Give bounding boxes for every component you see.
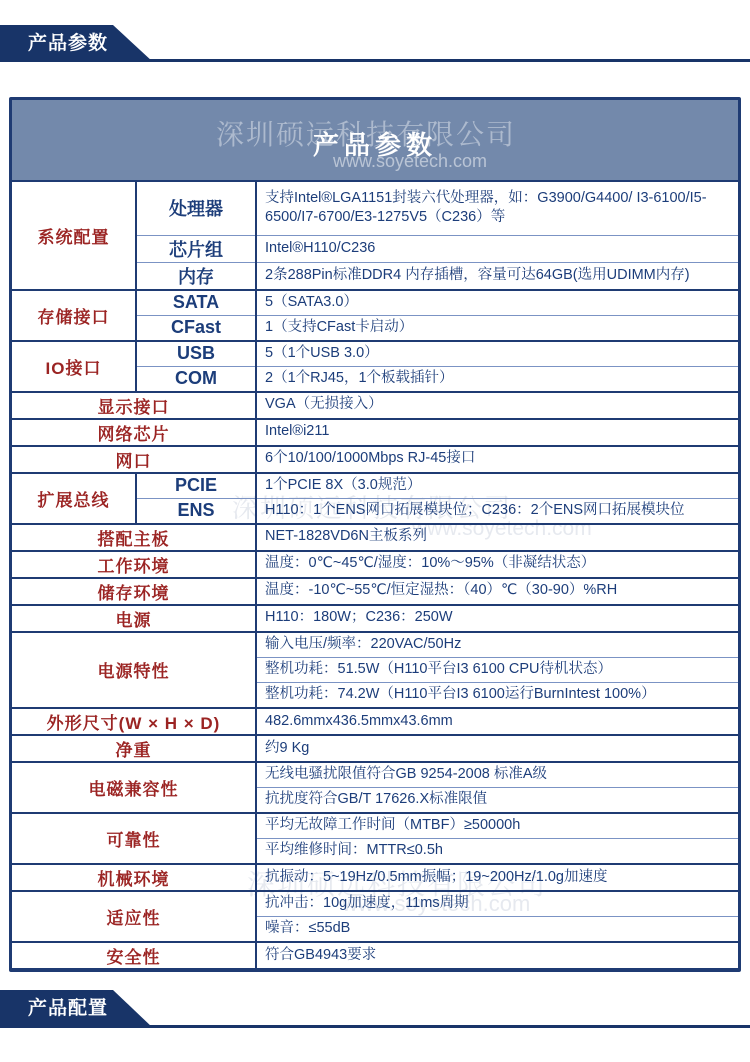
spec-value: 2（1个RJ45，1个板载插针） <box>256 366 738 392</box>
spec-group-label: 电源 <box>12 605 256 632</box>
spec-sub-label: ENS <box>136 498 256 524</box>
spec-value: VGA（无损接入） <box>256 392 738 419</box>
spec-group-label: 安全性 <box>12 942 256 968</box>
spec-value: NET-1828VD6N主板系列 <box>256 524 738 551</box>
spec-sub-label: USB <box>136 341 256 367</box>
spec-group-label: 电磁兼容性 <box>12 762 256 813</box>
spec-value: 抗扰度符合GB/T 17626.X标准限值 <box>256 788 738 814</box>
spec-group-label: 系统配置 <box>12 182 136 290</box>
spec-value: 1（支持CFast卡启动） <box>256 315 738 341</box>
spec-card-header: 深圳硕远科技有限公司 产品参数 www.soyetech.com <box>12 100 738 182</box>
spec-value: 符合GB4943要求 <box>256 942 738 968</box>
spec-sub-label: 内存 <box>136 262 256 290</box>
spec-group-label: 外形尺寸(W × H × D) <box>12 708 256 735</box>
spec-value: 输入电压/频率：220VAC/50Hz <box>256 632 738 658</box>
spec-sub-label: 芯片组 <box>136 235 256 262</box>
spec-value: 支持Intel®LGA1151封装六代处理器，如：G3900/G4400/ I3… <box>256 182 738 235</box>
spec-card: 深圳硕远科技有限公司 产品参数 www.soyetech.com 深圳硕远科技有… <box>9 97 741 972</box>
spec-value: 6个10/100/1000Mbps RJ-45接口 <box>256 446 738 473</box>
spec-value: Intel®H110/C236 <box>256 235 738 262</box>
spec-value: Intel®i211 <box>256 419 738 446</box>
spec-group-label: 可靠性 <box>12 813 256 864</box>
spec-value: 温度：0℃~45℃/湿度：10%～95%（非凝结状态） <box>256 551 738 578</box>
spec-group-label: 净重 <box>12 735 256 762</box>
spec-value: 1个PCIE 8X（3.0规范） <box>256 473 738 499</box>
spec-value: 抗冲击：10g加速度，11ms周期 <box>256 891 738 917</box>
spec-group-label: 显示接口 <box>12 392 256 419</box>
top-tab-label: 产品参数 <box>0 25 153 62</box>
spec-value: 噪音：≤55dB <box>256 917 738 943</box>
spec-value: 无线电骚扰限值符合GB 9254-2008 标准A级 <box>256 762 738 788</box>
spec-table-body: 系统配置处理器支持Intel®LGA1151封装六代处理器，如：G3900/G4… <box>12 182 738 968</box>
spec-value: H110：180W；C236：250W <box>256 605 738 632</box>
spec-value: 5（1个USB 3.0） <box>256 341 738 367</box>
spec-table: 系统配置处理器支持Intel®LGA1151封装六代处理器，如：G3900/G4… <box>12 182 738 968</box>
spec-group-label: 机械环境 <box>12 864 256 891</box>
spec-group-label: 储存环境 <box>12 578 256 605</box>
spec-group-label: 网口 <box>12 446 256 473</box>
spec-sub-label: COM <box>136 366 256 392</box>
spec-group-label: IO接口 <box>12 341 136 392</box>
spec-group-label: 工作环境 <box>12 551 256 578</box>
spec-group-label: 适应性 <box>12 891 256 942</box>
spec-sub-label: CFast <box>136 315 256 341</box>
spec-value: 平均无故障工作时间（MTBF）≥50000h <box>256 813 738 839</box>
watermark-url-text: www.soyetech.com <box>333 151 487 172</box>
spec-group-label: 电源特性 <box>12 632 256 709</box>
spec-value: 整机功耗：51.5W（H110平台I3 6100 CPU待机状态） <box>256 657 738 683</box>
spec-value: 抗振动：5~19Hz/0.5mm振幅；19~200Hz/1.0g加速度 <box>256 864 738 891</box>
spec-value: 5（SATA3.0） <box>256 290 738 316</box>
spec-group-label: 网络芯片 <box>12 419 256 446</box>
spec-sub-label: 处理器 <box>136 182 256 235</box>
section-tab-product-params: 产品参数 <box>0 25 153 62</box>
section-tab-product-config: 产品配置 <box>0 990 153 1028</box>
spec-group-label: 存储接口 <box>12 290 136 341</box>
bottom-tab-label: 产品配置 <box>0 990 153 1028</box>
spec-sub-label: SATA <box>136 290 256 316</box>
spec-value: 482.6mmx436.5mmx43.6mm <box>256 708 738 735</box>
spec-value: H110：1个ENS网口拓展模块位；C236：2个ENS网口拓展模块位 <box>256 498 738 524</box>
spec-value: 约9 Kg <box>256 735 738 762</box>
spec-value: 整机功耗：74.2W（H110平台I3 6100运行BurnIntest 100… <box>256 683 738 709</box>
spec-sub-label: PCIE <box>136 473 256 499</box>
spec-value: 平均维修时间：MTTR≤0.5h <box>256 839 738 865</box>
spec-group-label: 搭配主板 <box>12 524 256 551</box>
spec-value: 2条288Pin标准DDR4 内存插槽，容量可达64GB(选用UDIMM内存) <box>256 262 738 290</box>
spec-value: 温度：-10℃~55℃/恒定湿热：（40）℃（30-90）%RH <box>256 578 738 605</box>
spec-group-label: 扩展总线 <box>12 473 136 524</box>
